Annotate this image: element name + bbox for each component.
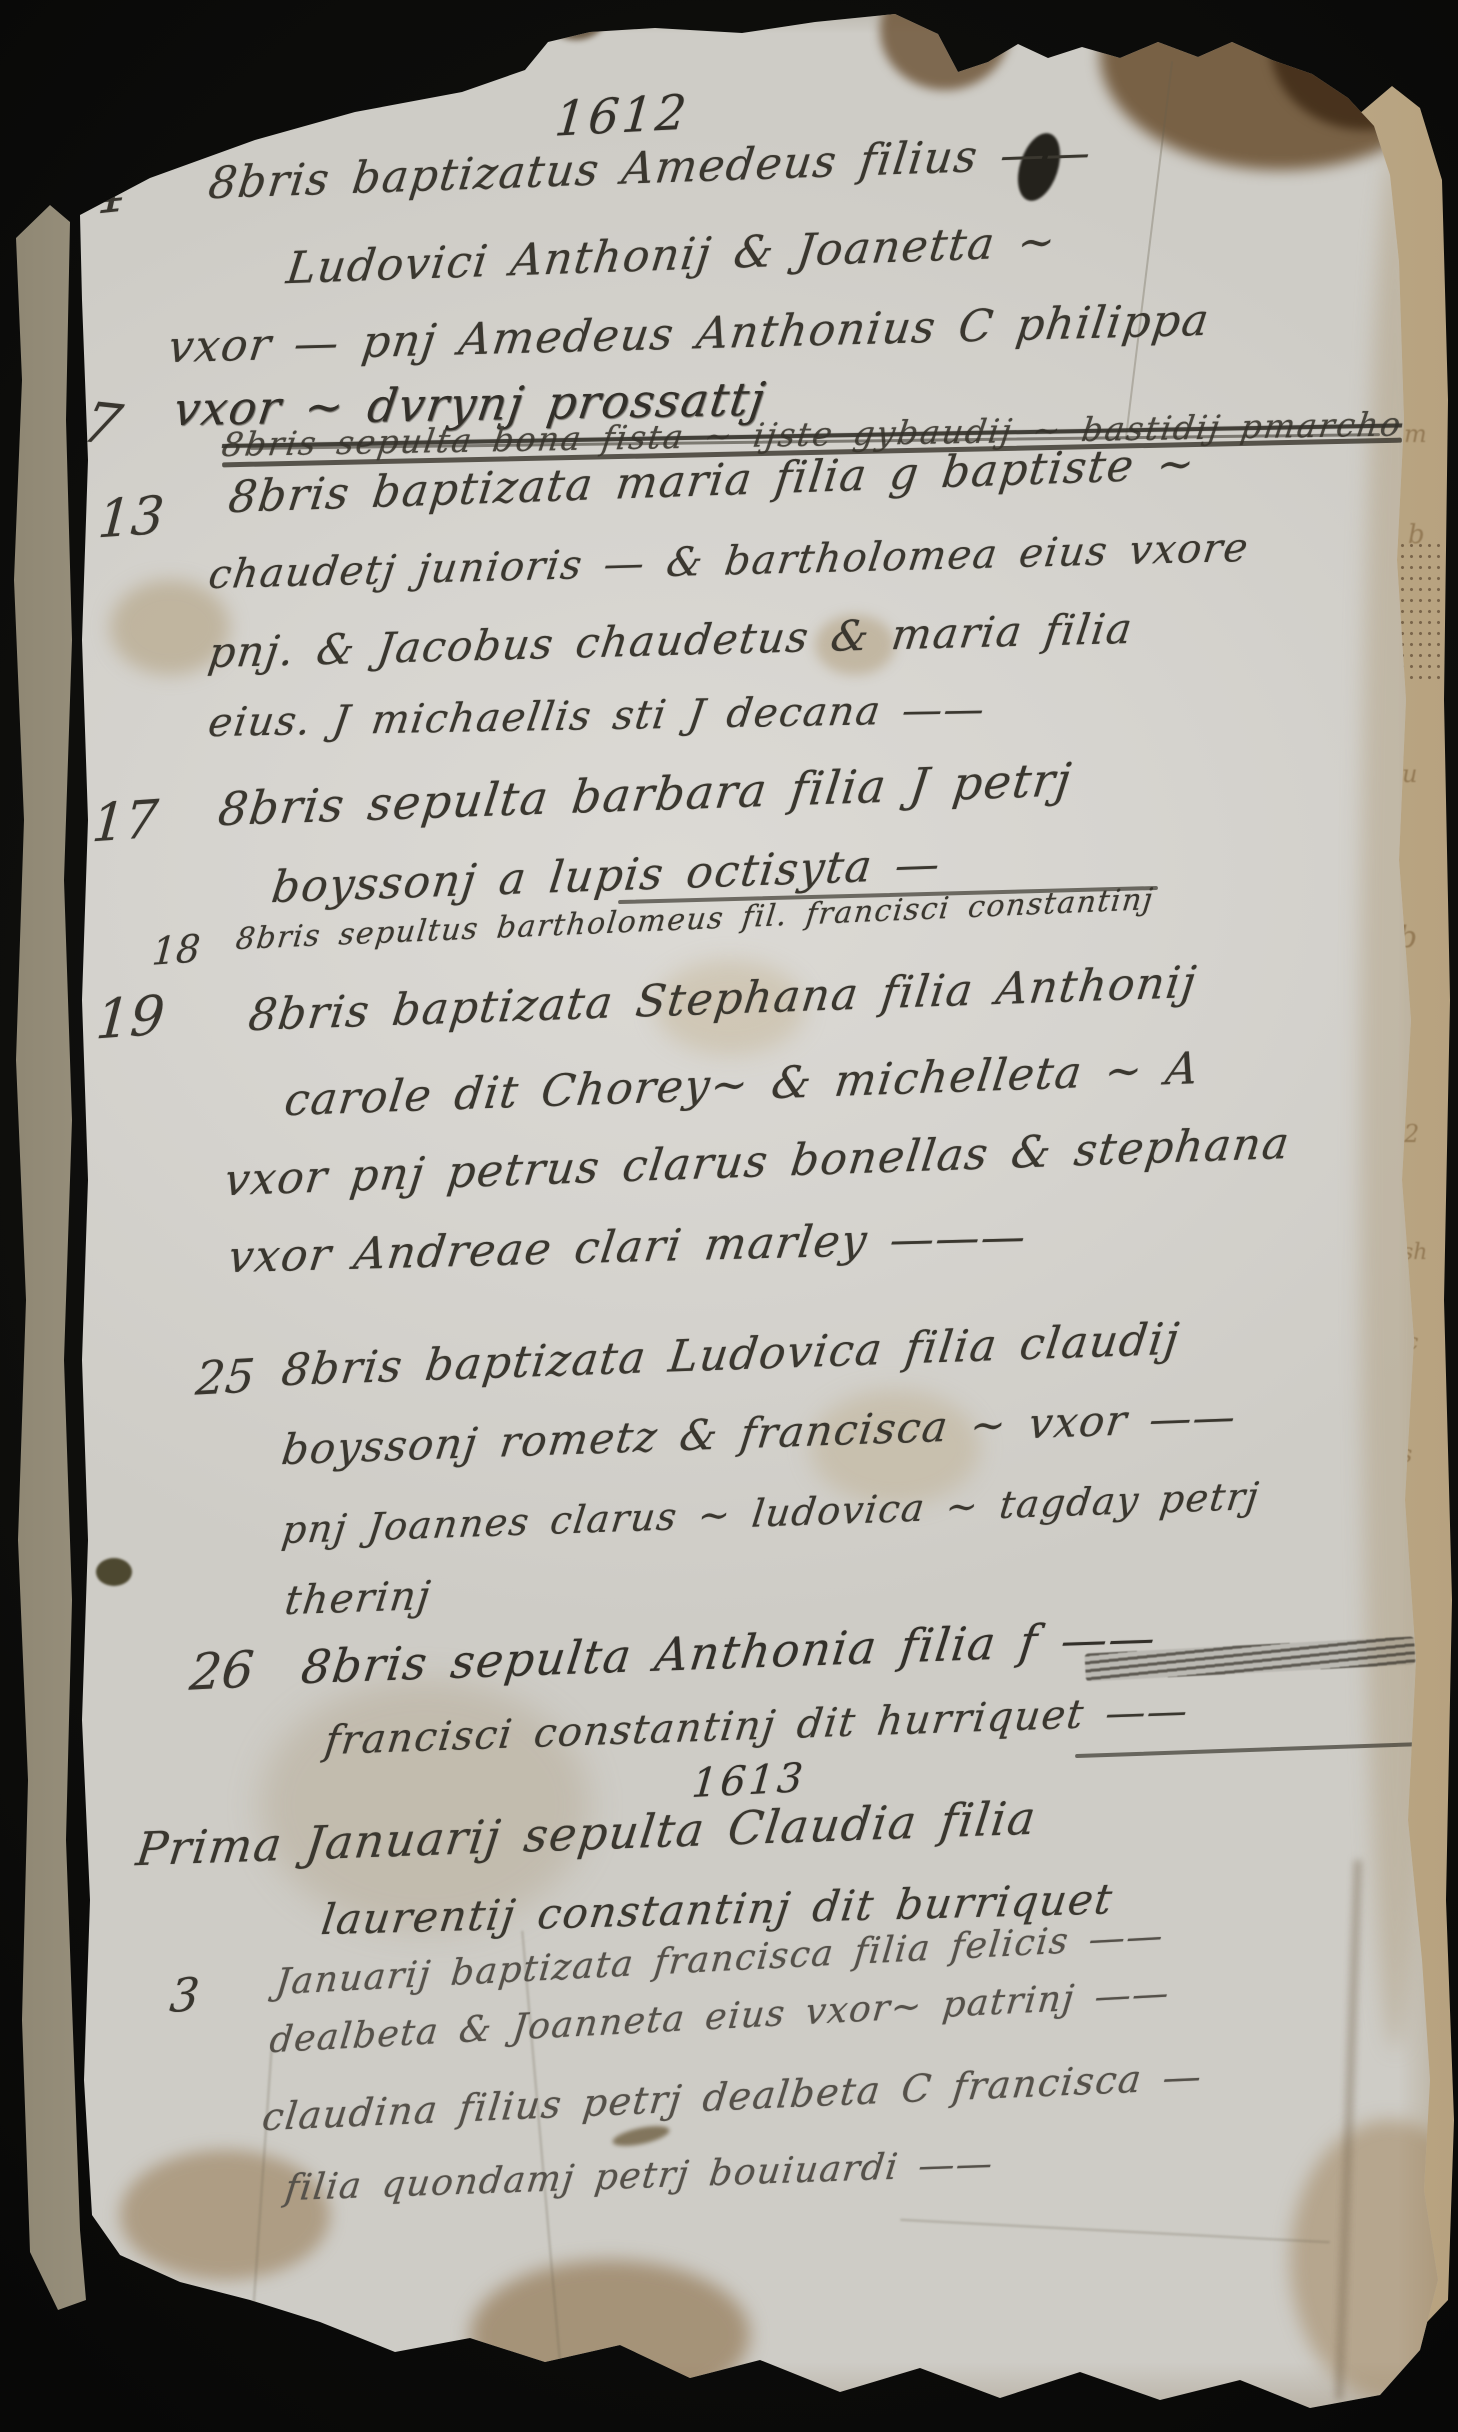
register-line: filia quondamj petrj bouiuardi —— — [283, 2143, 996, 2209]
margin-day-number: 13 — [96, 485, 166, 550]
margin-day-number: 4 — [91, 160, 127, 227]
register-page: 1612 1613 4 7 13 17 18 19 25 26 3 8bris … — [0, 0, 1458, 2432]
register-line: chaudetj junioris — & bartholomea eius v… — [206, 525, 1252, 598]
photo-backdrop: m b u b 2 sh c s 1612 161 — [0, 0, 1458, 2432]
margin-day-number: 7 — [76, 391, 127, 458]
register-line: Ludovici Anthonij & Joanetta ~ — [284, 216, 1060, 294]
crease — [900, 2219, 1330, 2244]
stain — [470, 2260, 750, 2410]
margin-day-number: 3 — [168, 1967, 202, 2023]
register-line: boyssonj rometz & francisca ~ vxor —— — [279, 1392, 1240, 1475]
ghost-text-fragment: b — [1408, 520, 1425, 550]
register-line: 8bris baptizata Ludovica filia claudij — [279, 1314, 1183, 1397]
stain — [228, 132, 244, 144]
register-line: vxor pnj petrus clarus bonellas & stepha… — [222, 1118, 1293, 1206]
ghost-text-fragment: m — [1404, 420, 1427, 448]
worm-holes-texture — [1398, 540, 1444, 680]
margin-day-number: 19 — [94, 983, 167, 1051]
register-line: 8bris sepulta barbara filia J petrj — [215, 752, 1075, 836]
register-line: claudina filius petrj dealbeta C francis… — [260, 2054, 1205, 2139]
register-line: pnj. & Jacobus chaudetus & maria filia — [206, 604, 1137, 677]
register-line: carole dit Chorey~ & michelleta ~ A — [282, 1043, 1203, 1126]
year-heading-1612: 1612 — [553, 84, 692, 147]
margin-day-number: 26 — [187, 1640, 256, 1702]
stain — [545, 0, 607, 40]
ink-blot — [96, 1558, 132, 1586]
stain — [880, 0, 1010, 90]
margin-day-number: 17 — [90, 789, 160, 854]
register-line: eius. J michaellis sti J decana —— — [206, 686, 989, 746]
stain — [400, 0, 495, 72]
ink-blot — [611, 2122, 671, 2150]
register-line: vxor — pnj Amedeus Anthonius C philippa — [165, 295, 1213, 373]
margin-day-number: 25 — [194, 1348, 257, 1405]
ghost-text-fragment: u — [1402, 760, 1417, 788]
register-line: vxor Andreae clari marley ——— — [225, 1211, 1030, 1283]
ghost-text-fragment: 2 — [1404, 1120, 1419, 1148]
margin-day-number: 18 — [151, 926, 202, 974]
register-line: pnj Joannes clarus ~ ludovica ~ tagday p… — [280, 1474, 1263, 1552]
register-line: therinj — [282, 1573, 434, 1624]
register-line: 8bris sepulta Anthonia filia f —— — [298, 1610, 1159, 1694]
